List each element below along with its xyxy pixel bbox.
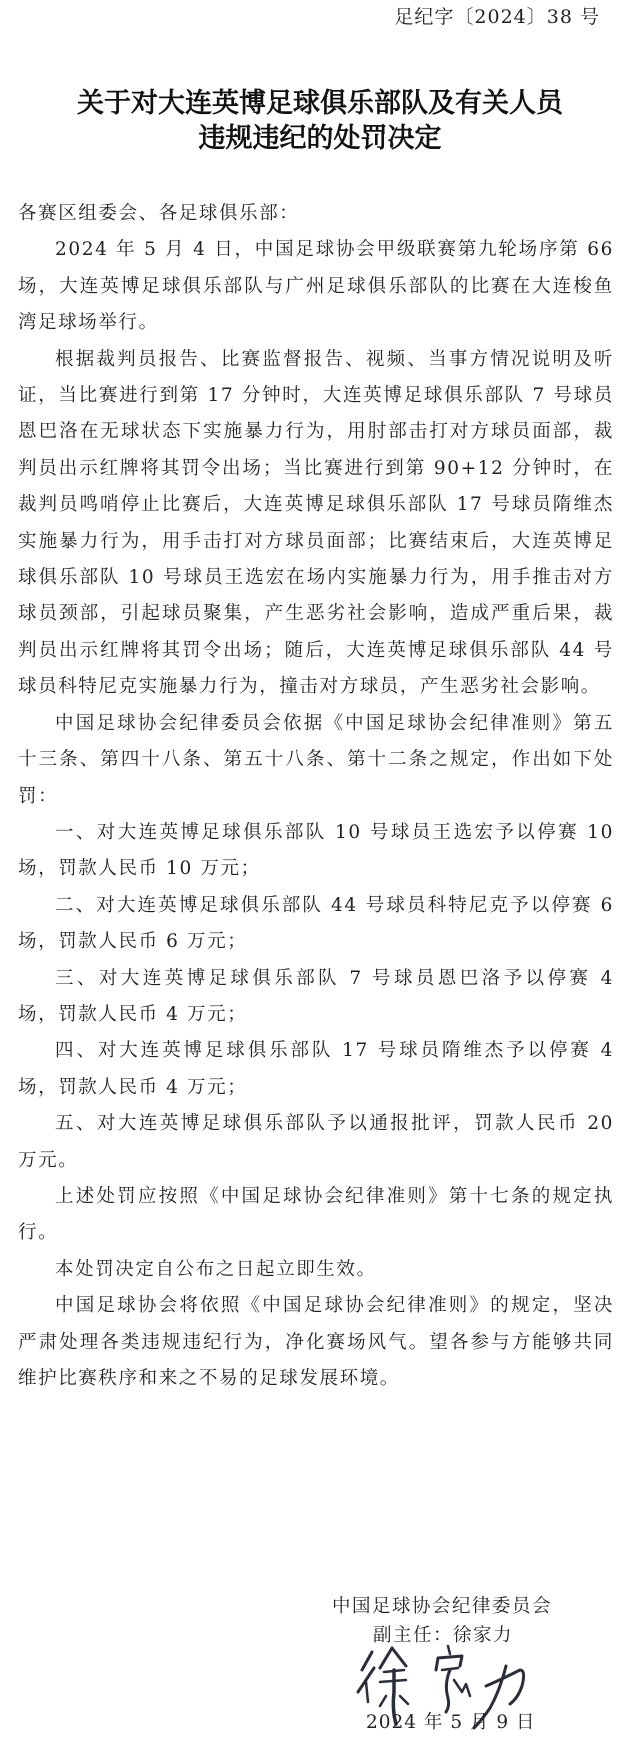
document-title-line-1: 关于对大连英博足球俱乐部队及有关人员 <box>0 86 640 122</box>
signing-organization: 中国足球协会纪律委员会 <box>332 1594 552 1620</box>
document-body: 各赛区组委会、各足球俱乐部： 2024 年 5 月 4 日，中国足球协会甲级联赛… <box>18 196 614 1397</box>
document-title-line-2: 违规违纪的处罚决定 <box>0 121 640 157</box>
penalty-item-2: 二、对大连英博足球俱乐部队 44 号球员科特尼克予以停赛 6 场，罚款人民币 6… <box>18 888 614 961</box>
paragraph-closing: 中国足球协会将依照《中国足球协会纪律准则》的规定，坚决严肃处理各类违规违纪行为，… <box>18 1288 614 1397</box>
paragraph-effective: 本处罚决定自公布之日起立即生效。 <box>18 1252 614 1288</box>
salutation: 各赛区组委会、各足球俱乐部： <box>18 196 614 232</box>
penalty-item-4: 四、对大连英博足球俱乐部队 17 号球员隋维杰予以停赛 4 场，罚款人民币 4 … <box>18 1033 614 1106</box>
penalty-item-3: 三、对大连英博足球俱乐部队 7 号球员恩巴洛予以停赛 4 场，罚款人民币 4 万… <box>18 961 614 1034</box>
signature-date: 2024 年 5 月 9 日 <box>366 1710 536 1736</box>
paragraph-execution: 上述处罚应按照《中国足球协会纪律准则》第十七条的规定执行。 <box>18 1179 614 1252</box>
penalty-item-1: 一、对大连英博足球俱乐部队 10 号球员王选宏予以停赛 10 场，罚款人民币 1… <box>18 815 614 888</box>
paragraph-legal-basis: 中国足球协会纪律委员会依据《中国足球协会纪律准则》第五十三条、第四十八条、第五十… <box>18 706 614 815</box>
penalty-item-5: 五、对大连英博足球俱乐部队予以通报批评，罚款人民币 20 万元。 <box>18 1106 614 1179</box>
paragraph-incident-details: 根据裁判员报告、比赛监督报告、视频、当事方情况说明及听证，当比赛进行到第 17 … <box>18 342 614 706</box>
document-number: 足纪字〔2024〕38 号 <box>394 4 600 30</box>
paragraph-match-info: 2024 年 5 月 4 日，中国足球协会甲级联赛第九轮场序第 66 场，大连英… <box>18 232 614 341</box>
